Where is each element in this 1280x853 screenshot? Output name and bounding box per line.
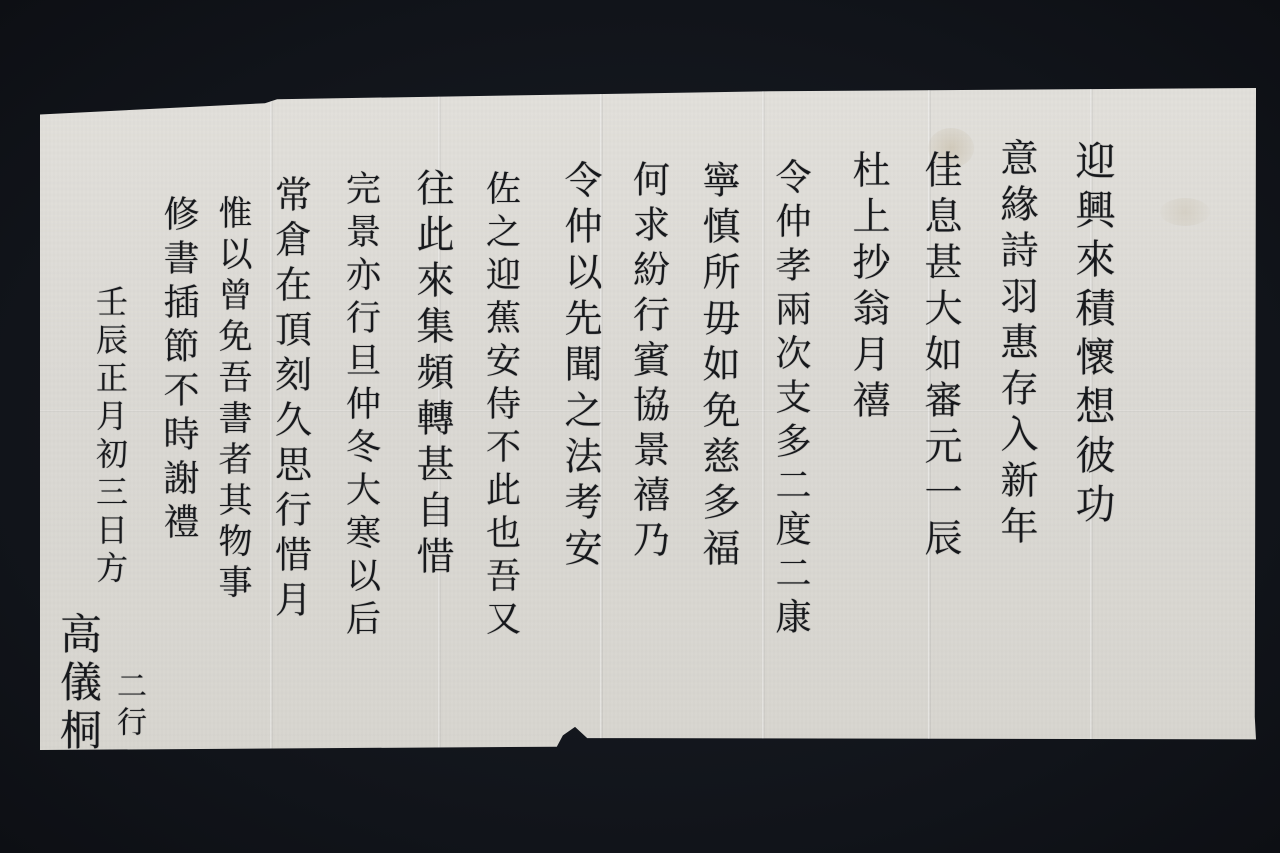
- text-column: 修書插節不時謝禮: [160, 195, 196, 547]
- text-column: 往此來集頻轉甚自惜: [413, 168, 451, 582]
- text-column: 令仲孝兩次支多二度二康: [772, 158, 808, 642]
- text-column: 意緣詩羽惠存入新年: [997, 138, 1035, 552]
- text-column: 寧慎所毋如免慈多福: [699, 160, 737, 574]
- text-column: 佳息甚大如審元一辰: [921, 150, 959, 564]
- text-column: 佐之迎蕉安侍不此也吾又: [483, 170, 518, 643]
- closing-mark: 二行: [113, 670, 143, 742]
- signature: 高儀桐: [57, 612, 99, 756]
- date-line: 壬辰正月初三日方: [94, 285, 126, 589]
- text-column: 何求紛行賓協景禧乃: [630, 160, 667, 565]
- text-column: 令仲以先聞之法考安: [561, 160, 599, 574]
- text-column: 杜上抄翁月禧: [849, 150, 887, 426]
- text-column: 完景亦行旦仲冬大寒以后: [343, 170, 378, 643]
- text-column: 惟以曾免吾書者其物事: [215, 195, 249, 605]
- paper-stain: [1160, 198, 1210, 226]
- fold-line: [762, 88, 765, 750]
- text-column: 常倉在頂刻久思行惜月: [272, 175, 309, 625]
- text-column: 迎興來積懷想彼功: [1072, 140, 1112, 532]
